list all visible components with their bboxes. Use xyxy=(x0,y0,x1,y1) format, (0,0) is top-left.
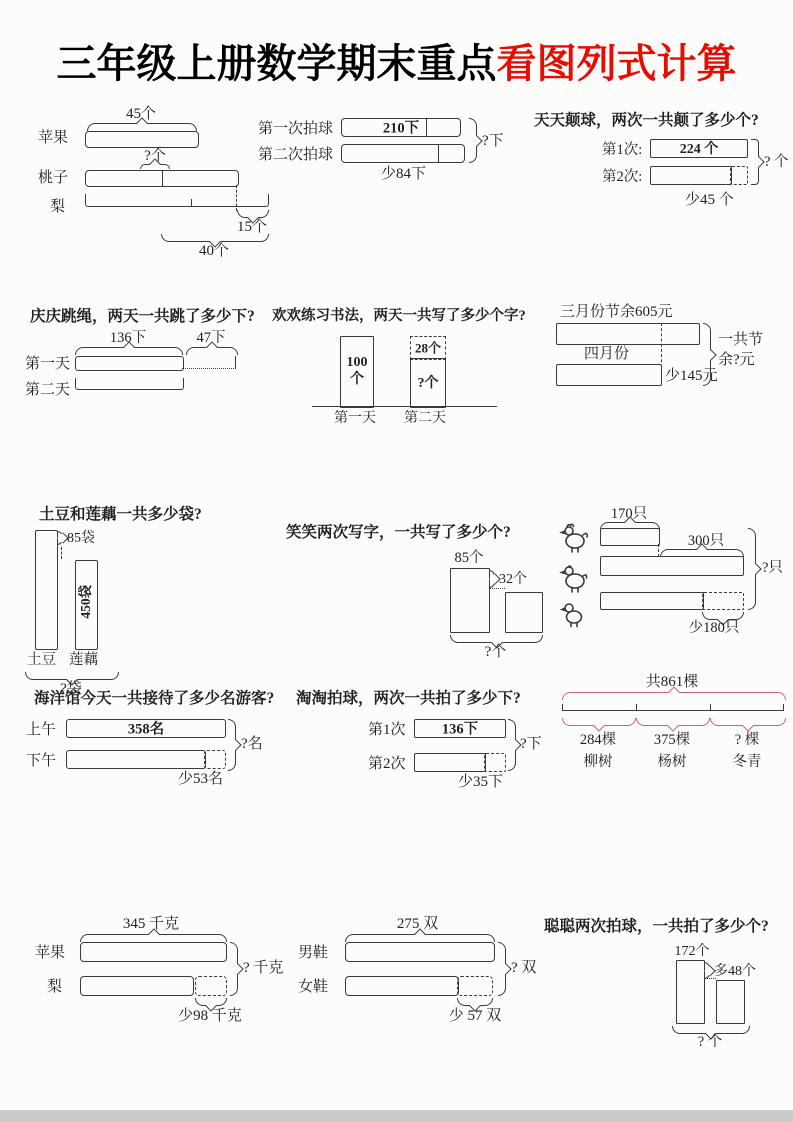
p14-label2: 女鞋 xyxy=(298,979,328,996)
p14-bar2 xyxy=(345,976,459,996)
p12-segment-line xyxy=(562,710,784,711)
p4-day2-bar xyxy=(75,378,184,390)
p8-bar1-value: 85个 xyxy=(444,550,494,567)
p14-bar1-brace xyxy=(345,934,495,942)
p8-bar2 xyxy=(505,592,543,633)
p2-total: ?下 xyxy=(482,133,504,150)
title-black: 三年级上册数学期末重点 xyxy=(57,42,497,86)
p5-bar1-value: 100个 xyxy=(341,337,373,407)
p6-total-brace xyxy=(703,323,711,386)
p2-row1-label: 第一次拍球 xyxy=(258,121,333,138)
p6-total-line2: 余?元 xyxy=(718,350,763,370)
p13-total: ? 千克 xyxy=(243,960,283,977)
problem-savings: 三月份节余605元 四月份 少145元 一共节余?元 xyxy=(556,304,793,396)
p3-row1-label: 第1次: xyxy=(602,142,642,159)
p4-question: 庆庆跳绳，两天一共跳了多少下? xyxy=(30,308,255,326)
p2-bar2 xyxy=(341,144,465,163)
p5-label1: 第一天 xyxy=(334,411,376,427)
p13-bar1 xyxy=(80,942,227,962)
p1-total-brace xyxy=(161,234,269,242)
p3-bar2-dashed xyxy=(730,166,748,185)
p5-label2: 第二天 xyxy=(404,411,446,427)
p15-bar2 xyxy=(716,980,745,1024)
problem-poultry: 170只 300只 少180只 ?只 xyxy=(556,506,793,640)
p9-total-brace xyxy=(748,528,756,610)
p5-bar2-top: 28个 xyxy=(410,336,446,360)
problem-calligraphy: 欢欢练习书法，两天一共写了多少个字? 100个 28个 ?个 第一天 第二天 xyxy=(272,308,520,432)
p10-bar2-dashed xyxy=(204,750,226,769)
p12-seg3-value: ? 棵 xyxy=(710,732,784,749)
p9-bar2 xyxy=(600,556,744,576)
scan-edge-strip xyxy=(0,1110,793,1122)
p12-seg3-brace xyxy=(710,718,786,726)
p7-diff-brace xyxy=(57,531,63,545)
p11-total-brace xyxy=(508,719,516,771)
p12-seg1-brace xyxy=(562,718,636,726)
p15-question: 聪聪两次拍球，一共拍了多少个? xyxy=(544,918,769,936)
p5-bar1-num: 100 xyxy=(347,355,368,372)
p3-total: ? 个 xyxy=(764,154,789,171)
p4-row1-label: 第一天 xyxy=(25,356,70,373)
p1-peach-brace xyxy=(140,164,170,169)
p7-question: 土豆和莲藕一共多少袋? xyxy=(39,506,202,524)
problem-rope-skipping: 庆庆跳绳，两天一共跳了多少下? 136下 47下 第一天 第二天 xyxy=(25,308,260,400)
p1-peach-tick xyxy=(162,171,163,186)
p1-seg-brace xyxy=(237,210,269,218)
p1-peach-label: 桃子 xyxy=(38,170,68,187)
p2-total-brace xyxy=(469,118,477,163)
p10-total-brace xyxy=(228,719,236,771)
p11-bar1-value: 136下 xyxy=(415,717,505,738)
problem-aquarium: 海洋馆今天一共接待了多少名游客? 上午 358名 ?名 下午 少53名 xyxy=(20,690,292,790)
p11-bar2 xyxy=(414,753,486,772)
p3-diff: 少45 个 xyxy=(685,192,734,209)
p4-day1-bar xyxy=(75,356,184,371)
p5-bar2-bottom-value: ?个 xyxy=(411,372,445,392)
p3-bar1: 224 个 xyxy=(650,139,748,158)
p1-apple-label: 苹果 xyxy=(38,130,68,147)
p8-total: ?个 xyxy=(450,644,541,661)
p9-diff: 少180只 xyxy=(668,620,760,637)
p15-total-brace xyxy=(672,1026,750,1034)
problem-congcong-ball: 聪聪两次拍球，一共拍了多少个? 172个 多48个 ? 个 xyxy=(544,918,792,1050)
p15-bar1-value: 172个 xyxy=(662,944,722,960)
p13-label2: 梨 xyxy=(47,979,62,996)
p4-day1-dotted-ext xyxy=(182,356,236,369)
p8-total-brace xyxy=(450,635,543,643)
p5-bar2-bottom: ?个 xyxy=(410,358,446,408)
p7-total-brace xyxy=(25,672,119,680)
p10-label2: 下午 xyxy=(26,753,56,770)
p2-bar1-value: 210下 xyxy=(342,116,460,137)
problem-ball-210: 第一次拍球 210下 第二次拍球 少84下 ?下 xyxy=(258,113,508,188)
p13-label1: 苹果 xyxy=(35,945,65,962)
p7-dotted-line xyxy=(61,547,62,559)
problem-potato-lotus: 土豆和莲藕一共多少袋? 85袋 450袋 土豆 莲藕 ?袋 xyxy=(25,500,240,692)
chick-icon xyxy=(558,598,588,628)
p14-bar2-dashed xyxy=(457,976,493,996)
p3-bar1-value: 224 个 xyxy=(651,138,747,158)
p1-apple-bar xyxy=(85,131,199,148)
p10-diff: 少53名 xyxy=(178,771,223,788)
p12-tick-3 xyxy=(783,704,784,711)
p6-total: 一共节余?元 xyxy=(718,330,763,371)
p12-seg1-label: 柳树 xyxy=(562,754,634,771)
p11-diff: 少35下 xyxy=(458,774,503,791)
p15-dotted-line xyxy=(704,978,716,979)
p2-row2-label: 第二次拍球 xyxy=(258,147,333,164)
p13-bar1-brace xyxy=(80,934,227,942)
p12-tick-2 xyxy=(710,704,711,711)
p12-seg2-brace xyxy=(636,718,710,726)
hen-icon xyxy=(556,560,590,594)
p14-total-brace xyxy=(498,942,506,996)
p2-bar1-tick xyxy=(426,119,427,136)
p4-brace2 xyxy=(186,347,238,355)
p7-lotus-value: 450袋 xyxy=(78,558,94,646)
p13-bar2 xyxy=(80,976,194,996)
p4-row2-label: 第二天 xyxy=(25,382,70,399)
p12-seg2-value: 375棵 xyxy=(636,732,708,749)
p14-diff: 少 57 双 xyxy=(425,1008,525,1025)
problem-trees: 共861棵 284棵 375棵 ? 棵 柳树 杨树 冬青 xyxy=(556,674,793,774)
p9-bar3-dashed xyxy=(702,592,744,610)
p1-peach-bar xyxy=(85,170,239,187)
p8-diff: 32个 xyxy=(499,572,527,588)
p8-diff-brace xyxy=(489,570,495,588)
p6-bar2-label: 四月份 xyxy=(584,346,629,363)
p6-bar2 xyxy=(556,364,662,386)
p3-question: 天天颠球，两次一共颠了多少个? xyxy=(534,112,759,130)
problem-writing-twice: 笑笑两次写字，一共写了多少个? 85个 32个 ?个 xyxy=(286,524,536,662)
p12-tick-1 xyxy=(636,704,637,711)
problem-shoes: 275 双 男鞋 ? 双 女鞋 少 57 双 xyxy=(290,916,525,1024)
p10-bar2 xyxy=(66,750,206,769)
page-title: 三年级上册数学期末重点看图列式计算 xyxy=(0,32,793,89)
p12-seg1-value: 284棵 xyxy=(562,732,634,749)
p10-total: ?名 xyxy=(241,736,263,753)
p3-bar2 xyxy=(650,166,732,185)
p11-bar2-dashed xyxy=(484,753,506,772)
p9-total: ?只 xyxy=(762,560,783,577)
p4-brace1 xyxy=(75,347,183,355)
p3-row2-label: 第2次: xyxy=(602,169,642,186)
p9-bar3 xyxy=(600,592,704,610)
p2-diff: 少84下 xyxy=(381,166,426,183)
problem-taotao-ball: 淘淘拍球，两次一共拍了多少下? 第1次 136下 ?下 第2次 少35下 xyxy=(296,690,531,790)
p14-diff-brace xyxy=(457,998,493,1006)
p1-total-value: 40个 xyxy=(161,243,267,260)
p10-bar1-value: 358名 xyxy=(67,717,225,738)
p5-question: 欢欢练习书法，两天一共写了多少个字? xyxy=(272,308,526,325)
p1-pear-bar xyxy=(85,194,269,207)
p6-bar1-label: 三月份节余605元 xyxy=(560,304,673,321)
title-red: 看图列式计算 xyxy=(497,42,737,86)
p12-tick-0 xyxy=(562,704,563,711)
p12-seg3-label: 冬青 xyxy=(710,754,784,771)
p14-label1: 男鞋 xyxy=(298,945,328,962)
p9-bar1 xyxy=(600,528,660,546)
p7-label2: 莲藕 xyxy=(69,652,98,669)
p2-bar1: 210下 xyxy=(341,118,461,137)
rooster-icon xyxy=(556,520,590,554)
p10-bar1: 358名 xyxy=(66,719,226,738)
p8-question: 笑笑两次写字，一共写了多少个? xyxy=(286,524,511,542)
p10-label1: 上午 xyxy=(26,722,56,739)
p7-label1: 土豆 xyxy=(27,652,56,669)
p12-seg2-label: 杨树 xyxy=(636,754,708,771)
p8-bar1 xyxy=(450,568,490,633)
p6-bar1 xyxy=(556,323,700,345)
p2-bar2-tick xyxy=(438,145,439,162)
p13-total-brace xyxy=(230,942,238,996)
p9-diff-brace xyxy=(702,612,744,620)
p14-total: ? 双 xyxy=(511,960,536,977)
p5-bar1-unit: 个 xyxy=(350,372,364,389)
p8-dotted-line xyxy=(489,588,505,589)
p13-bar2-dashed xyxy=(195,976,227,996)
p1-pear-tick xyxy=(191,199,192,206)
p7-diff: 85袋 xyxy=(67,531,95,547)
p15-diff: 多48个 xyxy=(714,964,756,980)
p13-diff: 少98 千克 xyxy=(160,1008,260,1025)
p15-total: ? 个 xyxy=(672,1034,748,1051)
p3-total-brace xyxy=(751,139,759,185)
p6-total-line1: 一共节 xyxy=(718,330,763,350)
p5-bar2-top-value: 28个 xyxy=(411,338,445,357)
p11-question: 淘淘拍球，两次一共拍了多少下? xyxy=(296,690,521,708)
p14-bar1 xyxy=(345,942,495,962)
p10-question: 海洋馆今天一共接待了多少名游客? xyxy=(34,690,274,708)
p11-total: ?下 xyxy=(520,736,542,753)
p13-diff-brace xyxy=(195,998,227,1006)
problem-juggle: 天天颠球，两次一共颠了多少个? 第1次: 224 个 第2次: ? 个 少45 … xyxy=(530,112,793,214)
p7-potato-bar xyxy=(35,530,58,650)
p15-diff-brace xyxy=(704,962,710,979)
p12-total-brace xyxy=(562,692,786,700)
p1-apple-brace xyxy=(87,123,197,131)
p11-label1: 第1次 xyxy=(368,722,406,739)
p5-baseline xyxy=(312,406,497,407)
problem-fruits-count: 45个 苹果 ?个 桃子 梨 15个 40个 xyxy=(30,106,275,264)
p1-pear-label: 梨 xyxy=(50,199,65,216)
problem-fruit-kg: 345 千克 苹果 ? 千克 梨 少98 千克 xyxy=(25,916,265,1024)
p5-bar1: 100个 xyxy=(340,336,374,408)
p11-bar1: 136下 xyxy=(414,719,506,738)
p11-label2: 第2次 xyxy=(368,756,406,773)
p15-bar1 xyxy=(676,960,705,1024)
